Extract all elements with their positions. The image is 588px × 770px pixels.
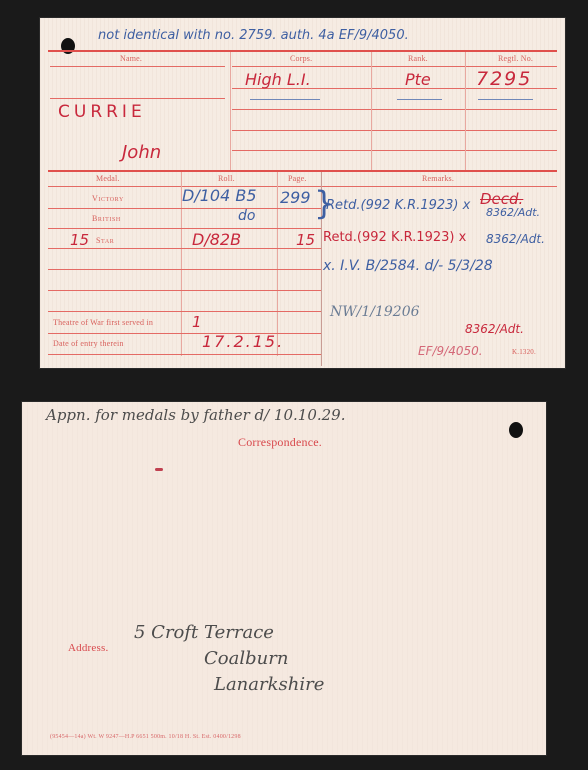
remarks-line2: Retd.(992 K.R.1923) x	[323, 230, 466, 245]
rule	[48, 290, 321, 291]
theatre-value: 1	[192, 313, 202, 331]
medal-index-card-back: Appn. for medals by father d/ 10.10.29. …	[22, 402, 546, 755]
remarks-line2-right: 8362/Adt.	[486, 232, 545, 246]
column-divider	[465, 52, 466, 170]
medal-british: British	[92, 214, 121, 223]
rule	[50, 98, 225, 99]
header-corps: Corps.	[290, 54, 312, 63]
divider	[48, 170, 557, 172]
rule	[48, 186, 557, 187]
column-divider	[277, 172, 278, 356]
remarks-line3: x. I.V. B/2584. d/- 5/3/28	[323, 258, 493, 274]
underline	[478, 99, 533, 100]
back-top-annotation: Appn. for medals by father d/ 10.10.29.	[46, 406, 346, 424]
header-name: Name.	[120, 54, 142, 63]
top-annotation: not identical with no. 2759. auth. 4a EF…	[98, 28, 409, 43]
page-star: 15	[296, 231, 315, 249]
rule	[232, 109, 557, 110]
column-divider	[230, 52, 231, 170]
medal-index-card-front: not identical with no. 2759. auth. 4a EF…	[40, 18, 565, 368]
punch-hole	[509, 422, 523, 438]
regt-no-value: 7295	[476, 68, 532, 90]
rule	[48, 228, 321, 229]
printer-imprint: (95454—14a) Wt. W 9247—H.P 6651 500m. 10…	[50, 734, 241, 740]
rule	[232, 130, 557, 131]
surname: CURRIE	[58, 102, 146, 122]
header-medal: Medal.	[96, 174, 120, 183]
remarks-line5: 8362/Adt.	[465, 322, 524, 336]
correspondence-title: Correspondence.	[238, 435, 322, 450]
divider	[48, 50, 557, 52]
rule	[48, 311, 321, 312]
medal-star: Star	[96, 236, 114, 245]
column-divider	[371, 52, 372, 170]
remarks-line6: EF/9/4050.	[418, 344, 483, 358]
address-line-3: Lanarkshire	[214, 674, 324, 695]
remarks-line4: NW/1/19206	[330, 304, 420, 320]
underline	[250, 99, 320, 100]
rule	[48, 354, 321, 355]
header-roll: Roll.	[218, 174, 235, 183]
roll-victory: D/104 B5	[182, 186, 257, 205]
rule	[232, 150, 557, 151]
medal-victory: Victory	[92, 194, 124, 203]
header-page: Page.	[288, 174, 307, 183]
rule	[48, 269, 321, 270]
theatre-label: Theatre of War first served in	[53, 318, 153, 327]
address-line-2: Coalburn	[204, 648, 288, 669]
rank-value: Pte	[405, 70, 431, 89]
star-prefix: 15	[70, 231, 89, 249]
address-label: Address.	[68, 642, 108, 654]
header-remarks: Remarks.	[422, 174, 454, 183]
remarks-line1-right: 8362/Adt.	[486, 206, 540, 219]
underline	[397, 99, 442, 100]
entry-date-value: 17.2.15.	[202, 332, 284, 351]
header-regt-no: Regtl. No.	[498, 54, 533, 63]
rule	[48, 208, 321, 209]
rule	[50, 66, 225, 67]
header-rank: Rank.	[408, 54, 428, 63]
remarks-line1: Retd.(992 K.R.1923) x	[326, 198, 470, 213]
roll-star: D/82B	[192, 230, 241, 249]
corps-value: High L.I.	[245, 70, 311, 89]
form-number: K.1320.	[512, 348, 536, 356]
forename: John	[122, 142, 161, 163]
ink-mark	[155, 468, 163, 471]
page-victory: 299	[280, 188, 311, 207]
address-line-1: 5 Croft Terrace	[134, 622, 274, 643]
roll-british: do	[238, 208, 255, 224]
entry-date-label: Date of entry therein	[53, 339, 124, 348]
rule	[232, 66, 557, 67]
